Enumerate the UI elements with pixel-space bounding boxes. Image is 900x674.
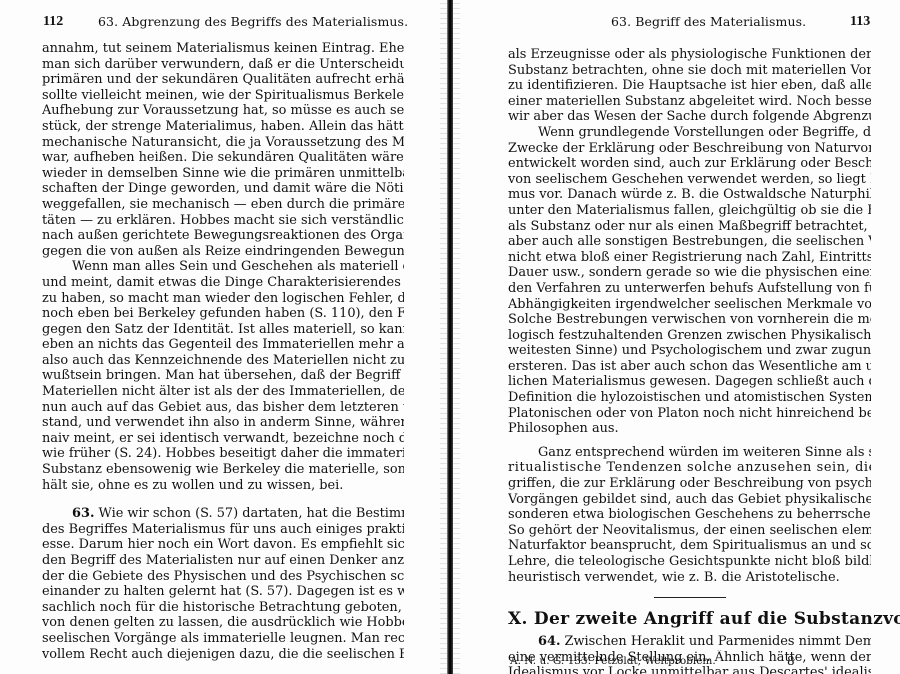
page-body: annahm, tut seinem Materialismus keinen …: [42, 41, 404, 662]
text-line: Substanz betrachten, ohne sie doch mit m…: [508, 63, 871, 79]
text-line: vollem Recht auch diejenigen dazu, die d…: [42, 647, 404, 663]
text-line: 63. Wie wir schon (S. 57) dartaten, hat …: [42, 506, 404, 522]
text-line: Philosophen aus.: [508, 421, 871, 437]
text-line: wie früher (S. 24). Hobbes beseitigt dah…: [42, 446, 404, 462]
text-line: entwickelt worden sind, auch zur Erkläru…: [508, 156, 871, 172]
text-line: zu haben, so macht man wieder den logisc…: [42, 291, 404, 307]
text-line-content: Wie wir schon (S. 57) dartaten, hat die …: [99, 506, 404, 521]
text-line: primären und der sekundären Qualitäten a…: [42, 72, 404, 88]
text-line: Zwecke der Erklärung oder Beschreibung v…: [508, 141, 871, 157]
text-line: ersteren. Das ist aber auch schon das We…: [508, 359, 871, 375]
text-line: des Begriffes Materialismus für uns auch…: [42, 522, 404, 538]
text-line: sollte vielleicht meinen, wie der Spirit…: [42, 88, 404, 104]
text-line: man sich darüber verwundern, daß er die …: [42, 57, 404, 73]
text-line: war, aufheben heißen. Die sekundären Qua…: [42, 150, 404, 166]
paragraph: Wenn man alles Sein und Geschehen als ma…: [42, 259, 404, 493]
text-line: sachlich noch für die historische Betrac…: [42, 600, 404, 616]
text-line: eben an nichts das Gegenteil des Immater…: [42, 337, 404, 353]
text-line: mus vor. Danach würde z. B. die Ostwalds…: [508, 187, 871, 203]
text-line: weggefallen, sie mechanisch — eben durch…: [42, 197, 404, 213]
text-line: einer materiellen Substanz abgeleitet wi…: [508, 94, 871, 110]
text-line: heuristisch verwendet, wie z. B. die Ari…: [508, 570, 871, 586]
paragraph: Ganz entsprechend würden im weiteren Sin…: [508, 445, 871, 585]
text-line: unter den Materialismus fallen, gleichgü…: [508, 203, 871, 219]
text-line: den Begriff des Materialisten nur auf ei…: [42, 553, 404, 569]
text-line: wußtsein bringen. Man hat übersehen, daß…: [42, 368, 404, 384]
paragraph-section-63: 63. Wie wir schon (S. 57) dartaten, hat …: [42, 506, 404, 662]
text-line: wieder in demselben Sinne wie die primär…: [42, 166, 404, 182]
text-line: Definition die hylozoistischen und atomi…: [508, 390, 871, 406]
text-line: aber auch alle sonstigen Bestrebungen, d…: [508, 234, 871, 250]
chapter-heading: X. Der zweite Angriff auf die Substanzvo…: [508, 608, 871, 630]
text-line: Wenn man alles Sein und Geschehen als ma…: [42, 259, 404, 275]
text-line: von seelischem Geschehen verwendet werde…: [508, 172, 871, 188]
left-page: 112 63. Abgrenzung des Begriffs des Mate…: [0, 0, 446, 674]
running-head: 63. Abgrenzung des Begriffs des Material…: [98, 14, 408, 30]
page-number: 112: [43, 14, 63, 30]
paragraph: als Erzeugnisse oder als physiologische …: [508, 47, 871, 125]
text-line: seelischen Vorgänge als immaterielle leu…: [42, 631, 404, 647]
text-line: schaften der Dinge geworden, und damit w…: [42, 181, 404, 197]
text-line: logisch festzuhaltenden Grenzen zwischen…: [508, 328, 871, 344]
text-line: wir aber das Wesen der Sache durch folge…: [508, 109, 871, 125]
text-line: gegen die von außen als Reize eindringen…: [42, 244, 404, 260]
text-line: nun auch auf das Gebiet aus, das bisher …: [42, 400, 404, 416]
text-line: von denen gelten zu lassen, die ausdrück…: [42, 615, 404, 631]
section-number: 63.: [72, 506, 94, 521]
text-line: als Substanz oder nur als einen Maßbegri…: [508, 219, 871, 235]
text-line: Materiellen nicht älter ist als der des …: [42, 384, 404, 400]
section-divider: [654, 597, 726, 598]
text-line: und meint, damit etwas die Dinge Charakt…: [42, 275, 404, 291]
section-number: 64.: [538, 634, 560, 649]
text-line: Wenn grundlegende Vorstellungen oder Beg…: [508, 125, 871, 141]
page-body: als Erzeugnisse oder als physiologische …: [508, 47, 871, 674]
paragraph: annahm, tut seinem Materialismus keinen …: [42, 41, 404, 259]
page-number: 113: [850, 14, 870, 30]
text-line: nicht etwa bloß einer Registrierung nach…: [508, 250, 871, 266]
text-line: Ganz entsprechend würden im weiteren Sin…: [508, 445, 871, 461]
text-line: Aufhebung zur Voraussetzung hat, so müss…: [42, 103, 404, 119]
text-line: Lehre, die teleologische Gesichtspunkte …: [508, 554, 871, 570]
text-line: Abhängigkeiten irgendwelcher seelischen …: [508, 297, 871, 313]
text-line: Solche Bestrebungen verwischen von vornh…: [508, 312, 871, 328]
text-line: also auch das Kennzeichnende des Materie…: [42, 353, 404, 369]
text-line: mechanische Naturansicht, die ja Vorauss…: [42, 135, 404, 151]
right-page: 63. Begriff des Materialismus. 113 als E…: [455, 0, 900, 674]
paragraph: Wenn grundlegende Vorstellungen oder Beg…: [508, 125, 871, 437]
text-line: esse. Darum hier noch ein Wort davon. Es…: [42, 537, 404, 553]
text-line: 64. Zwischen Heraklit und Parmenides nim…: [508, 634, 871, 650]
text-line: griffen, die zur Erklärung oder Beschrei…: [508, 476, 871, 492]
text-line: stand, und verwendet ihn also in anderm …: [42, 415, 404, 431]
text-line: hält sie, ohne es zu wollen und zu wisse…: [42, 478, 404, 494]
text-line: Substanz ebensowenig wie Berkeley die ma…: [42, 462, 404, 478]
text-line: naiv meint, er sei identisch verwandt, b…: [42, 431, 404, 447]
text-line: zu identifizieren. Die Hauptsache ist hi…: [508, 78, 871, 94]
text-line: noch eben bei Berkeley gefunden haben (S…: [42, 306, 404, 322]
text-line: der die Gebiete des Physischen und des P…: [42, 569, 404, 585]
text-line: den Verfahren zu unterwerfen behufs Aufs…: [508, 281, 871, 297]
text-line: als Erzeugnisse oder als physiologische …: [508, 47, 871, 63]
text-line: weitesten Sinne) und Psychologischem und…: [508, 343, 871, 359]
text-line: So gehört der Neovitalismus, der einen s…: [508, 523, 871, 539]
text-line: täten — zu erklären. Hobbes macht sie si…: [42, 213, 404, 229]
text-line: Platonischen oder von Platon noch nicht …: [508, 406, 871, 422]
text-line: sonderen etwa biologischen Geschehens zu…: [508, 507, 871, 523]
text-line: annahm, tut seinem Materialismus keinen …: [42, 41, 404, 57]
text-line: Vorgängen gebildet sind, auch das Gebiet…: [508, 492, 871, 508]
text-line: einander zu halten gelernt hat (S. 57). …: [42, 584, 404, 600]
book-spread: 112 63. Abgrenzung des Begriffs des Mate…: [0, 0, 900, 674]
text-line: Naturfaktor beansprucht, dem Spiritualis…: [508, 538, 871, 554]
running-head: 63. Begriff des Materialismus.: [611, 14, 806, 30]
book-gutter: [447, 0, 453, 674]
text-line: ritualistische Tendenzen solche anzusehe…: [508, 460, 871, 476]
signature-number: 8: [787, 655, 795, 668]
text-line: gegen den Satz der Identität. Ist alles …: [42, 322, 404, 338]
text-line: Dauer usw., sondern gerade so wie die ph…: [508, 265, 871, 281]
text-line: stück, der strenge Materialimus, haben. …: [42, 119, 404, 135]
text-line-content: Zwischen Heraklit und Parmenides nimmt D…: [565, 634, 871, 649]
text-line: nach außen gerichtete Bewegungsreaktione…: [42, 228, 404, 244]
signature-line: A. N. u. G. 133: Petzoldt, Weltproblem.: [510, 655, 716, 668]
text-line: lichen Materialismus gewesen. Dagegen sc…: [508, 374, 871, 390]
